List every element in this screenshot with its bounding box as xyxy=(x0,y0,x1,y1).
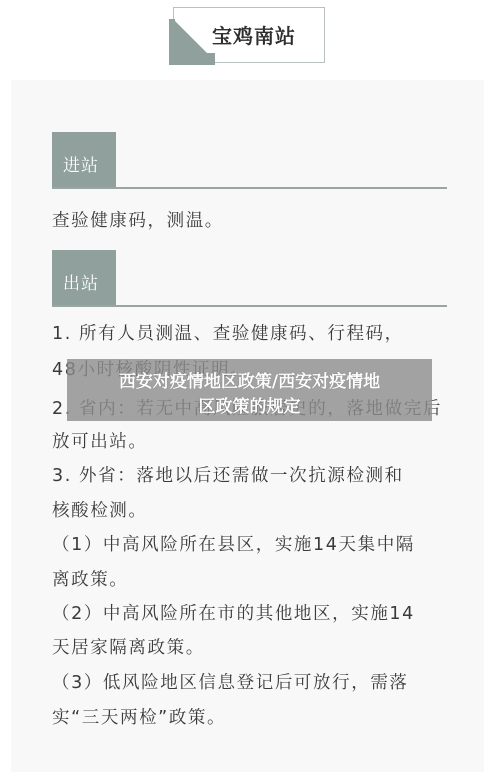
section-divider xyxy=(52,305,447,307)
caption-line-2: 区政策的规定 xyxy=(67,392,432,417)
section-divider xyxy=(52,187,447,189)
section-header-entry: 进站 xyxy=(52,132,447,189)
exit-text-line: （1）中高风险所在县区，实施14天集中隔 xyxy=(52,531,415,556)
station-title: 宝鸡南站 xyxy=(212,20,296,49)
section-tag: 出站 xyxy=(52,250,116,307)
corner-decoration-icon xyxy=(169,19,215,65)
exit-text-line: 实“三天两检”政策。 xyxy=(52,704,226,729)
entry-text: 查验健康码，测温。 xyxy=(52,207,224,232)
exit-text-line: 天居家隔离政策。 xyxy=(52,634,205,659)
exit-text-line: （2）中高风险所在市的其他地区，实施14 xyxy=(52,600,415,625)
exit-text-line: 核酸检测。 xyxy=(52,497,148,522)
section-label: 出站 xyxy=(63,269,99,294)
caption-line-1: 西安对疫情地区政策/西安对疫情地 xyxy=(67,367,432,392)
exit-text-line: 离政策。 xyxy=(52,566,128,591)
exit-text-line: 1. 所有人员测温、查验健康码、行程码， xyxy=(52,320,404,345)
exit-text-line: 放可出站。 xyxy=(52,428,148,453)
section-tag: 进站 xyxy=(52,132,116,189)
section-header-exit: 出站 xyxy=(52,250,447,307)
exit-text-line: 3. 外省：落地以后还需做一次抗源检测和 xyxy=(52,462,404,487)
caption-overlay: 西安对疫情地区政策/西安对疫情地 区政策的规定 xyxy=(67,359,432,421)
section-label: 进站 xyxy=(63,151,99,176)
exit-text-line: （3）低风险地区信息登记后可放行，需落 xyxy=(52,669,409,694)
